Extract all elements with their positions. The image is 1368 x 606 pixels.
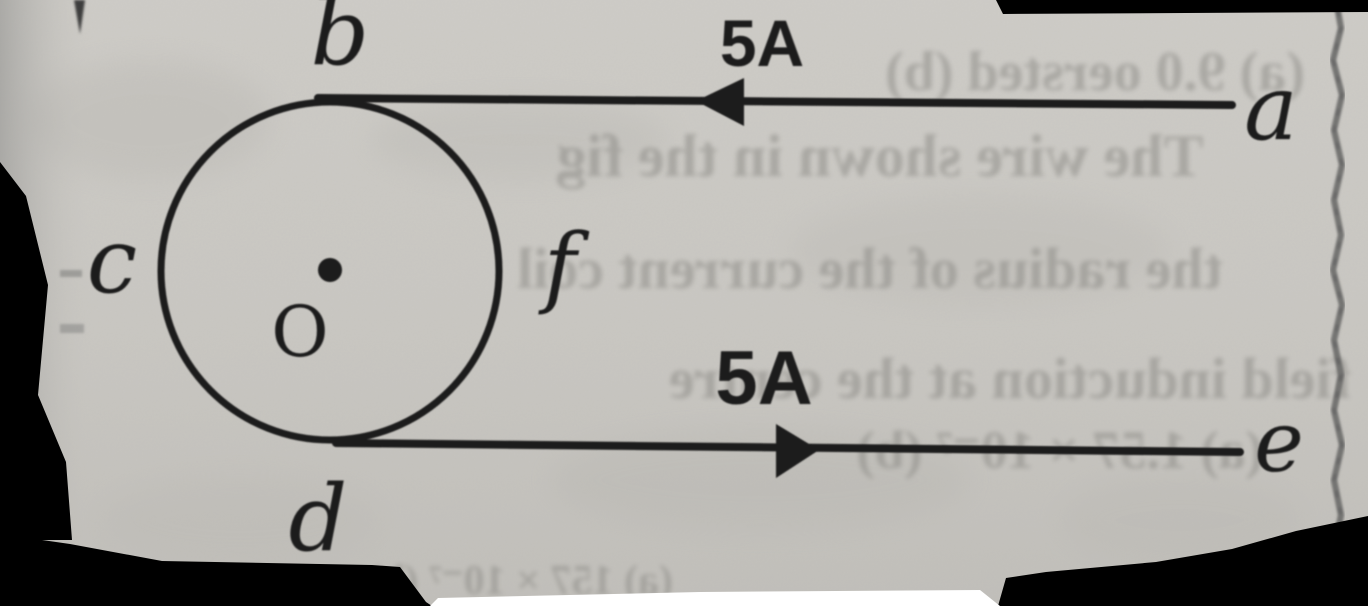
label-d: d: [289, 465, 348, 572]
edge-smudge: [60, 270, 82, 277]
scan-edge-top-right: [996, 0, 1368, 14]
scanned-figure: (a) 9.0 oersted (b) The wire shown in th…: [0, 0, 1368, 606]
label-b: b: [311, 0, 370, 86]
bleedthrough-line: the radius of the current coil: [517, 236, 1223, 301]
bleedthrough-line: The wire shown in the fig: [556, 123, 1203, 189]
physics-current-loop-diagram: (a) 9.0 oersted (b) The wire shown in th…: [0, 0, 1368, 606]
current-label-bottom: 5A: [715, 336, 812, 421]
edge-smudge: [60, 324, 84, 333]
current-label-top: 5A: [720, 6, 804, 80]
label-c: c: [87, 209, 137, 314]
bleedthrough-line: (a) 9.0 oersted (b): [885, 41, 1305, 103]
label-e: e: [1254, 393, 1304, 491]
label-a: a: [1244, 56, 1298, 161]
center-dot: [318, 258, 342, 282]
label-center-o: O: [271, 291, 328, 373]
